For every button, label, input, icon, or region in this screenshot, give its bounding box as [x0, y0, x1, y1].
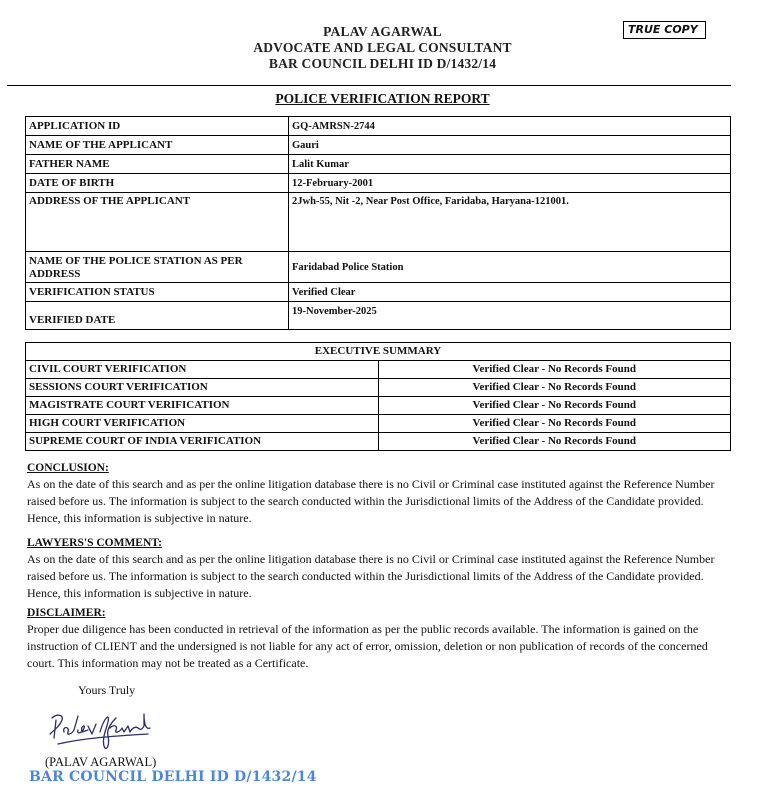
executive-summary-heading: EXECUTIVE SUMMARY — [26, 343, 731, 361]
court-label: CIVIL COURT VERIFICATION — [26, 361, 379, 379]
court-result: Verified Clear - No Records Found — [378, 397, 731, 415]
field-label: ADDRESS OF THE APPLICANT — [26, 193, 289, 252]
disclaimer-text: Proper due diligence has been conducted … — [27, 621, 727, 672]
lawyers-comment-section: LAWYERS'S COMMENT: As on the date of thi… — [27, 536, 727, 602]
applicant-details-table: APPLICATION ID GQ-AMRSN-2744 NAME OF THE… — [25, 116, 731, 330]
signature-icon — [44, 708, 154, 753]
court-label: HIGH COURT VERIFICATION — [26, 415, 379, 433]
disclaimer-heading: DISCLAIMER: — [27, 606, 727, 621]
court-label: SUPREME COURT OF INDIA VERIFICATION — [26, 433, 379, 451]
field-label: APPLICATION ID — [26, 117, 289, 136]
table-header-row: EXECUTIVE SUMMARY — [26, 343, 731, 361]
field-label: NAME OF THE APPLICANT — [26, 136, 289, 155]
advocate-designation: ADVOCATE AND LEGAL CONSULTANT — [0, 40, 765, 56]
table-row: NAME OF THE POLICE STATION AS PER ADDRES… — [26, 252, 731, 283]
table-row: SESSIONS COURT VERIFICATION Verified Cle… — [26, 379, 731, 397]
field-label: VERIFIED DATE — [26, 302, 289, 330]
conclusion-heading: CONCLUSION: — [27, 461, 727, 476]
court-result: Verified Clear - No Records Found — [378, 433, 731, 451]
field-label: VERIFICATION STATUS — [26, 283, 289, 302]
disclaimer-section: DISCLAIMER: Proper due diligence has bee… — [27, 606, 727, 672]
closing-salutation: Yours Truly — [78, 683, 135, 698]
field-value: Lalit Kumar — [289, 155, 731, 174]
letterhead-bar-id: BAR COUNCIL DELHI ID D/1432/14 — [0, 56, 765, 72]
court-result: Verified Clear - No Records Found — [378, 379, 731, 397]
table-row: APPLICATION ID GQ-AMRSN-2744 — [26, 117, 731, 136]
field-value: 2Jwh-55, Nit -2, Near Post Office, Farid… — [289, 193, 731, 252]
header-divider — [7, 85, 731, 86]
field-label: FATHER NAME — [26, 155, 289, 174]
table-row: DATE OF BIRTH 12-February-2001 — [26, 174, 731, 193]
table-row: NAME OF THE APPLICANT Gauri — [26, 136, 731, 155]
true-copy-stamp: TRUE COPY — [623, 21, 706, 39]
executive-summary-table: EXECUTIVE SUMMARY CIVIL COURT VERIFICATI… — [25, 342, 731, 451]
table-row: CIVIL COURT VERIFICATION Verified Clear … — [26, 361, 731, 379]
field-label: DATE OF BIRTH — [26, 174, 289, 193]
table-row: ADDRESS OF THE APPLICANT 2Jwh-55, Nit -2… — [26, 193, 731, 252]
field-value: GQ-AMRSN-2744 — [289, 117, 731, 136]
field-value: Gauri — [289, 136, 731, 155]
signer-name: (PALAV AGARWAL) — [45, 755, 156, 770]
table-row: VERIFICATION STATUS Verified Clear — [26, 283, 731, 302]
table-row: VERIFIED DATE 19-November-2025 — [26, 302, 731, 330]
court-label: MAGISTRATE COURT VERIFICATION — [26, 397, 379, 415]
closing-bar-id: BAR COUNCIL DELHI ID D/1432/14 — [29, 769, 317, 785]
lawyers-comment-heading: LAWYERS'S COMMENT: — [27, 536, 727, 551]
table-row: HIGH COURT VERIFICATION Verified Clear -… — [26, 415, 731, 433]
report-title: POLICE VERIFICATION REPORT — [0, 91, 765, 107]
conclusion-section: CONCLUSION: As on the date of this searc… — [27, 461, 727, 527]
table-row: MAGISTRATE COURT VERIFICATION Verified C… — [26, 397, 731, 415]
field-value: Verified Clear — [289, 283, 731, 302]
table-row: SUPREME COURT OF INDIA VERIFICATION Veri… — [26, 433, 731, 451]
table-row: FATHER NAME Lalit Kumar — [26, 155, 731, 174]
conclusion-text: As on the date of this search and as per… — [27, 476, 727, 527]
court-result: Verified Clear - No Records Found — [378, 415, 731, 433]
court-result: Verified Clear - No Records Found — [378, 361, 731, 379]
lawyers-comment-text: As on the date of this search and as per… — [27, 551, 727, 602]
field-value: Faridabad Police Station — [289, 252, 731, 283]
court-label: SESSIONS COURT VERIFICATION — [26, 379, 379, 397]
field-label: NAME OF THE POLICE STATION AS PER ADDRES… — [26, 252, 289, 283]
field-value: 19-November-2025 — [289, 302, 731, 330]
field-value: 12-February-2001 — [289, 174, 731, 193]
